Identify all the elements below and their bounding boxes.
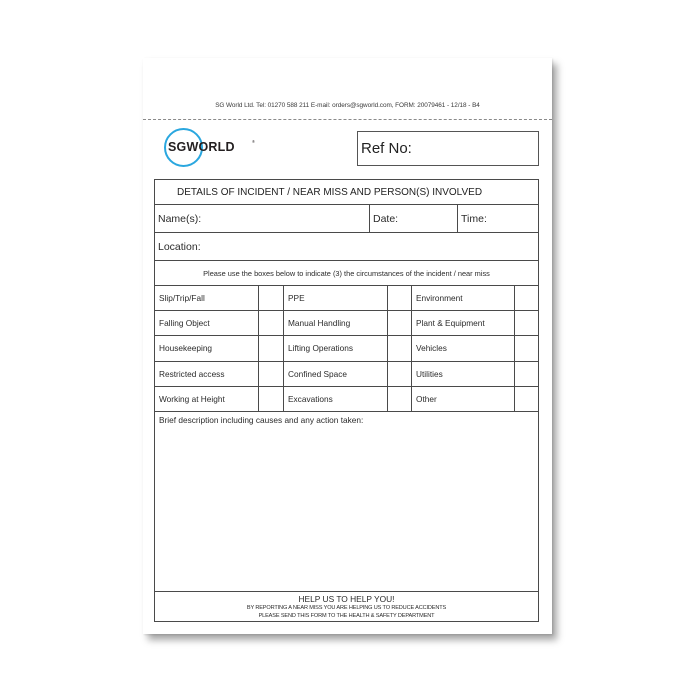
circumstance-label: PPE <box>283 286 387 310</box>
circumstance-label: Utilities <box>411 362 514 386</box>
logo-text: SGWORLD <box>168 140 235 154</box>
circumstance-label: Falling Object <box>155 311 258 335</box>
circumstance-checkbox[interactable] <box>387 387 411 411</box>
ref-no-field[interactable]: Ref No: <box>357 131 539 166</box>
sgworld-logo: SGWORLD ® <box>164 127 254 171</box>
circumstance-label: Other <box>411 387 514 411</box>
location-label: Location: <box>158 241 201 253</box>
description-field[interactable] <box>155 426 538 591</box>
circumstances-row: Falling ObjectManual HandlingPlant & Equ… <box>155 311 538 336</box>
description-label: Brief description including causes and a… <box>159 415 363 425</box>
name-field[interactable]: Name(s): <box>155 205 369 232</box>
circumstance-checkbox[interactable] <box>514 362 539 386</box>
circumstance-label: Excavations <box>283 387 387 411</box>
circumstance-label: Working at Height <box>155 387 258 411</box>
tear-off-perforation <box>143 119 552 120</box>
circumstance-checkbox[interactable] <box>514 336 539 360</box>
footer-heading: HELP US TO HELP YOU! <box>155 594 538 604</box>
circumstance-label: Housekeeping <box>155 336 258 360</box>
circumstance-checkbox[interactable] <box>258 387 283 411</box>
date-field[interactable]: Date: <box>369 205 457 232</box>
description-section: Brief description including causes and a… <box>155 412 538 592</box>
circumstances-row: Restricted accessConfined SpaceUtilities <box>155 362 538 387</box>
circumstance-checkbox[interactable] <box>514 286 539 310</box>
circumstance-label: Lifting Operations <box>283 336 387 360</box>
circumstance-checkbox[interactable] <box>258 311 283 335</box>
registered-mark: ® <box>252 139 255 144</box>
circumstance-label: Plant & Equipment <box>411 311 514 335</box>
circumstance-checkbox[interactable] <box>258 336 283 360</box>
circumstance-label: Confined Space <box>283 362 387 386</box>
incident-report-form-page: SG World Ltd. Tel: 01270 588 211 E-mail:… <box>143 58 552 634</box>
circumstance-label: Vehicles <box>411 336 514 360</box>
circumstances-instruction: Please use the boxes below to indicate (… <box>155 261 538 286</box>
company-contact-line: SG World Ltd. Tel: 01270 588 211 E-mail:… <box>143 102 552 109</box>
date-label: Date: <box>373 213 398 225</box>
circumstance-checkbox[interactable] <box>514 387 539 411</box>
circumstance-label: Restricted access <box>155 362 258 386</box>
circumstances-row: HousekeepingLifting OperationsVehicles <box>155 336 538 361</box>
ref-no-label: Ref No: <box>361 140 412 157</box>
name-label: Name(s): <box>158 213 201 225</box>
time-label: Time: <box>461 213 487 225</box>
footer-line-2: PLEASE SEND THIS FORM TO THE HEALTH & SA… <box>155 612 538 620</box>
circumstances-row: Slip/Trip/FallPPEEnvironment <box>155 286 538 311</box>
circumstance-label: Environment <box>411 286 514 310</box>
circumstance-checkbox[interactable] <box>387 311 411 335</box>
circumstances-grid: Slip/Trip/FallPPEEnvironmentFalling Obje… <box>155 286 538 412</box>
circumstance-label: Manual Handling <box>283 311 387 335</box>
circumstance-checkbox[interactable] <box>387 286 411 310</box>
time-field[interactable]: Time: <box>457 205 538 232</box>
name-date-time-row: Name(s): Date: Time: <box>155 205 538 233</box>
footer-message: HELP US TO HELP YOU! BY REPORTING A NEAR… <box>155 592 538 621</box>
circumstance-checkbox[interactable] <box>387 362 411 386</box>
circumstances-row: Working at HeightExcavationsOther <box>155 387 538 412</box>
form-title: DETAILS OF INCIDENT / NEAR MISS AND PERS… <box>155 180 538 205</box>
circumstance-label: Slip/Trip/Fall <box>155 286 258 310</box>
circumstance-checkbox[interactable] <box>258 362 283 386</box>
location-field[interactable]: Location: <box>155 233 538 261</box>
footer-line-1: BY REPORTING A NEAR MISS YOU ARE HELPING… <box>155 604 538 612</box>
incident-form: DETAILS OF INCIDENT / NEAR MISS AND PERS… <box>154 179 539 622</box>
circumstance-checkbox[interactable] <box>387 336 411 360</box>
circumstance-checkbox[interactable] <box>514 311 539 335</box>
circumstance-checkbox[interactable] <box>258 286 283 310</box>
